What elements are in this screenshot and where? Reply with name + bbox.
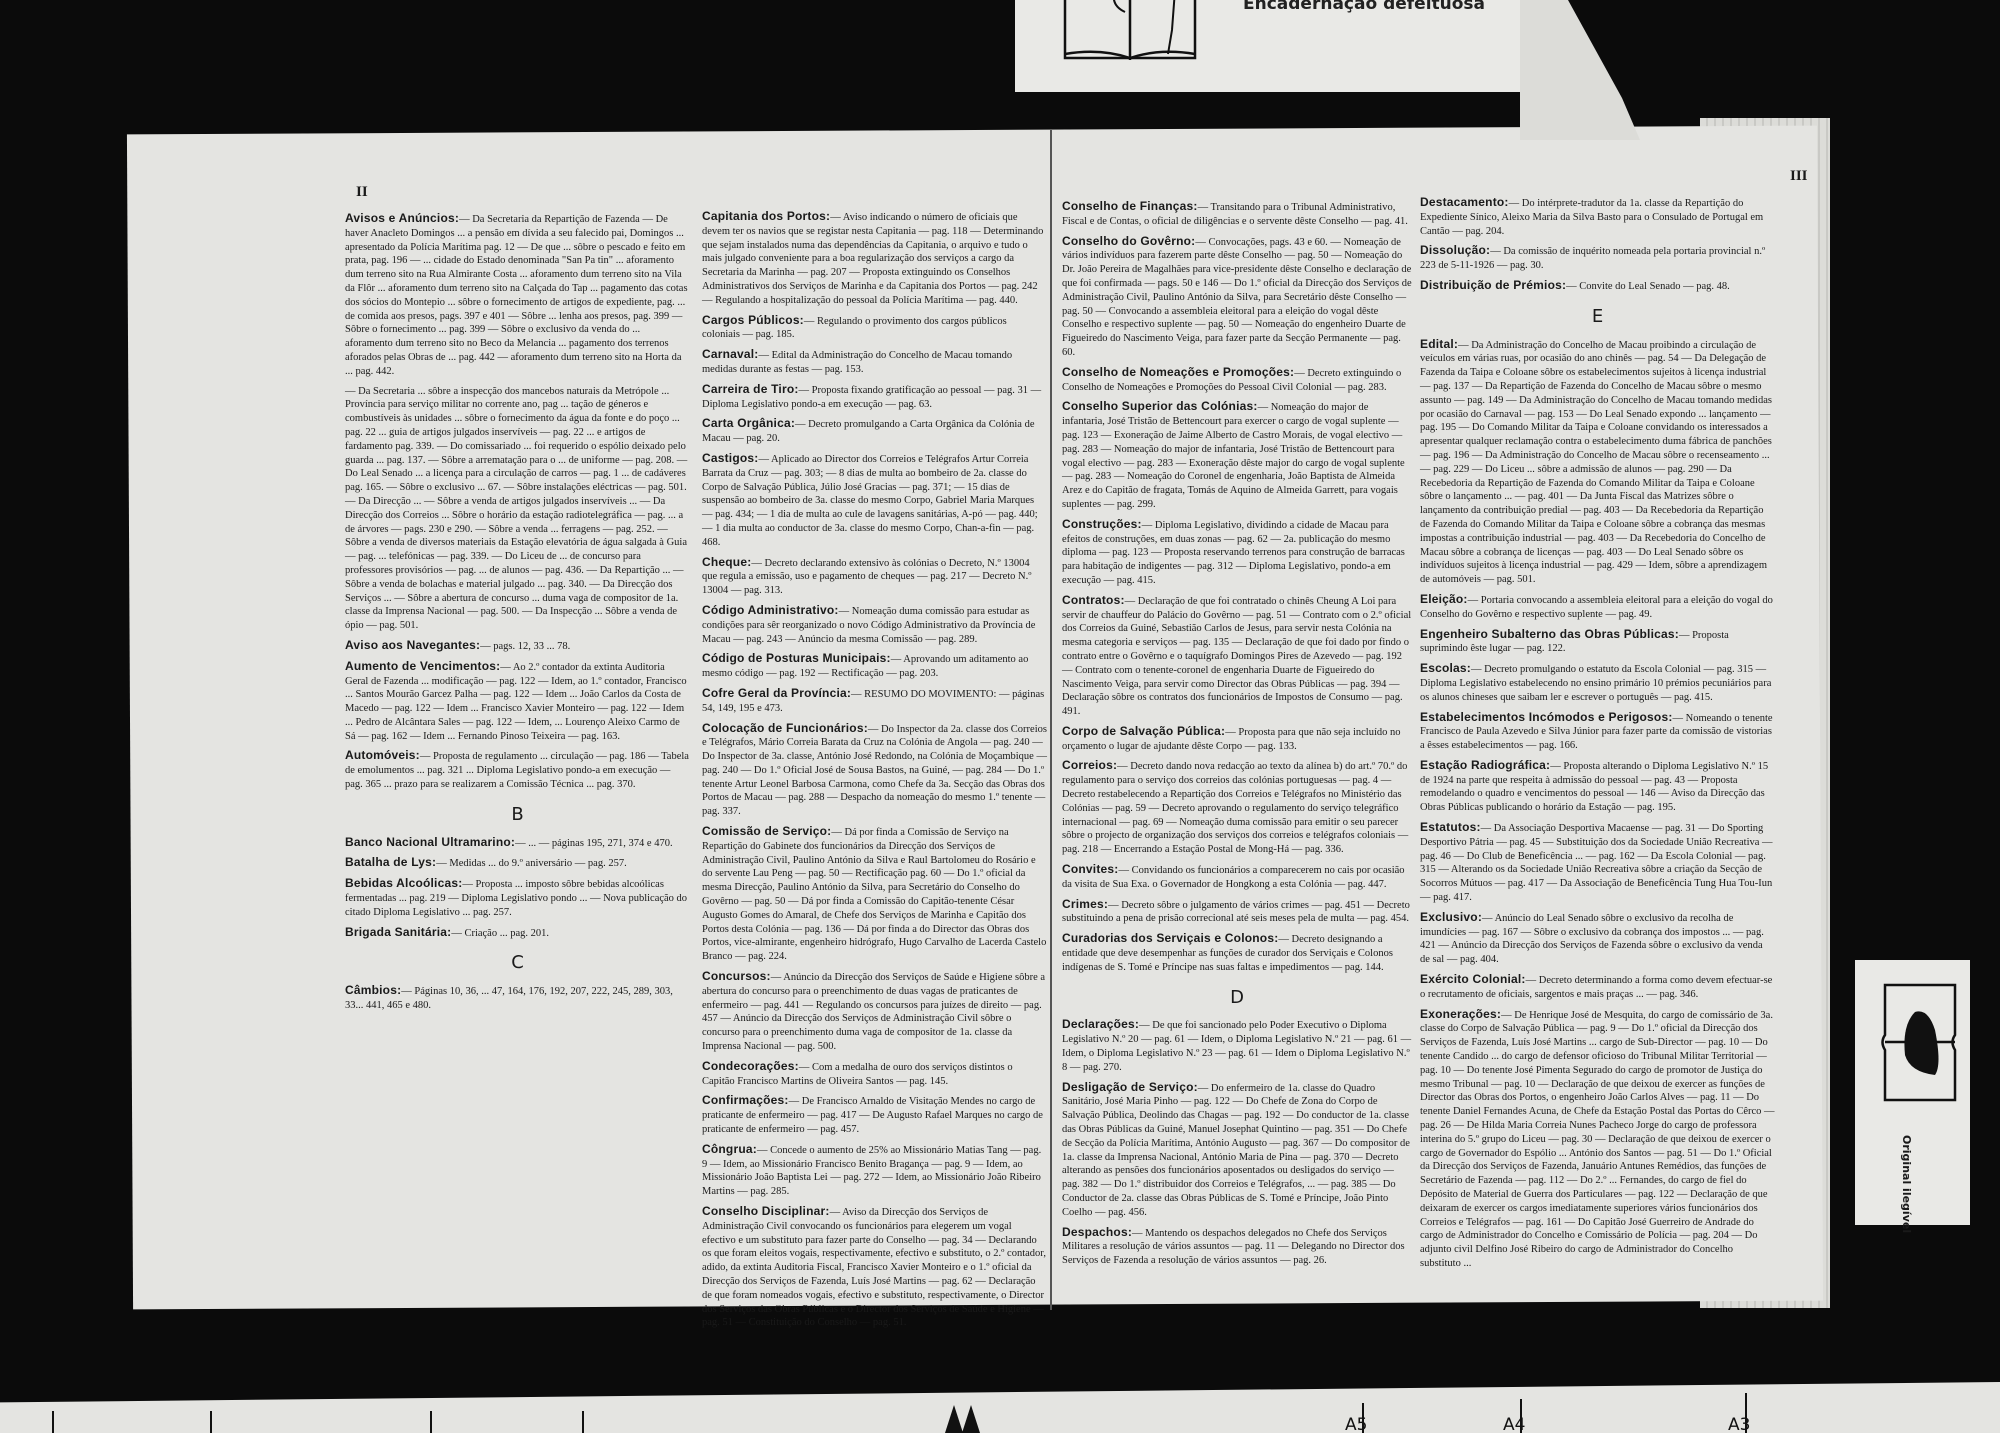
ruler-label-a3: A3 [1728,1415,1750,1433]
defective-binding-notice: Encadernação defeituosa [1015,0,1555,92]
entry-heading: Convites: [1062,862,1118,876]
entry-heading: Cheque: [702,555,751,569]
entry-heading: Concursos: [702,969,771,983]
scan-ruler: A5 A4 A3 [0,1382,2000,1433]
index-entry: Conselho Disciplinar:— Aviso da Direcção… [702,1205,1047,1330]
entry-heading: Eleição: [1420,592,1468,606]
entry-heading: Aumento de Vencimentos: [345,659,500,673]
entry-text: — Da Secretaria ... sôbre a inspecção do… [345,386,687,632]
ruler-tick [210,1411,212,1433]
index-entry: Distribuição de Prémios:— Convite do Lea… [1420,279,1775,294]
entry-heading: Conselho de Finanças: [1062,199,1198,213]
index-entry: Conselho de Nomeações e Promoções:— Decr… [1062,366,1412,395]
index-entry: Conselho de Finanças:— Transitando para … [1062,200,1412,229]
index-entry: Estatutos:— Da Associação Desportiva Mac… [1420,821,1775,905]
index-entry: Escolas:— Decreto promulgando o estatuto… [1420,662,1775,704]
index-entry: Desligação de Serviço:— Do enfermeiro de… [1062,1081,1412,1220]
entry-heading: Aviso aos Navegantes: [345,638,480,652]
section-letter: C [345,956,690,970]
index-entry: Carta Orgânica:— Decreto promulgando a C… [702,417,1047,446]
entry-heading: Distribuição de Prémios: [1420,278,1566,292]
index-entry: Bebidas Alcoólicas:— Proposta ... impost… [345,877,690,919]
entry-heading: Código de Posturas Municipais: [702,651,891,665]
entry-text: — De Henrique José de Mesquita, do cargo… [1420,1010,1775,1269]
entry-heading: Castigos: [702,451,758,465]
entry-text: — Decreto promulgando o estatuto da Esco… [1420,664,1771,703]
entry-heading: Exonerações: [1420,1007,1501,1021]
index-entry: Estação Radiográfica:— Proposta alterand… [1420,759,1775,815]
index-entry: Cheque:— Decreto declarando extensivo às… [702,556,1047,598]
entry-heading: Carta Orgânica: [702,416,795,430]
index-entry: Dissolução:— Da comissão de inquérito no… [1420,244,1775,273]
entry-heading: Automóveis: [345,748,420,762]
entry-heading: Crimes: [1062,897,1108,911]
entry-heading: Banco Nacional Ultramarino: [345,835,515,849]
entry-heading: Batalha de Lys: [345,855,436,869]
index-entry: Carnaval:— Edital da Administração do Co… [702,348,1047,377]
ruler-center-marker-icon [962,1405,980,1433]
illegible-original-notice: Original ilegível [1855,960,1970,1225]
entry-text: — Aviso indicando o número de oficiais q… [702,212,1043,306]
entry-text: — Convite do Leal Senado — pag. 48. [1566,281,1730,292]
entry-heading: Capitania dos Portos: [702,209,830,223]
entry-text: — Aviso da Direcção dos Serviços de Admi… [702,1207,1046,1328]
entry-text: — Medidas ... do 9.º aniversário — pag. … [436,858,626,869]
entry-heading: Exército Colonial: [1420,972,1526,986]
entry-heading: Câmbios: [345,983,401,997]
entry-heading: Cargos Públicos: [702,313,804,327]
index-entry: Construções:— Diploma Legislativo, divid… [1062,518,1412,588]
entry-heading: Código Administrativo: [702,603,839,617]
entry-text: — Decreto sôbre o julgamento de vários c… [1062,900,1410,925]
entry-heading: Colocação de Funcionários: [702,721,868,735]
damaged-book-icon [1880,980,1960,1105]
index-entry: Cofre Geral da Província:— RESUMO DO MOV… [702,687,1047,716]
ruler-tick [582,1411,584,1433]
index-entry: Declarações:— De que foi sancionado pelo… [1062,1018,1412,1074]
entry-text: — Portaria convocando a assembleia eleit… [1420,595,1773,620]
entry-heading: Destacamento: [1420,195,1509,209]
ruler-label-a4: A4 [1503,1415,1525,1433]
index-entry: Câmbios:— Páginas 10, 36, ... 47, 164, 1… [345,984,690,1013]
index-entry: Edital:— Da Administração do Concelho de… [1420,338,1775,587]
entry-heading: Condecorações: [702,1059,799,1073]
entry-heading: Cofre Geral da Província: [702,686,851,700]
defective-binding-label: Encadernação defeituosa [1243,0,1485,14]
ruler-center-marker-icon [945,1405,963,1433]
index-entry: Condecorações:— Com a medalha de ouro do… [702,1060,1047,1089]
entry-text: — Aplicado ao Director dos Correios e Te… [702,454,1038,548]
entry-text: — pags. 12, 33 ... 78. [480,641,570,652]
index-entry: Engenheiro Subalterno das Obras Públicas… [1420,628,1775,657]
index-entry: Cargos Públicos:— Regulando o provimento… [702,314,1047,343]
entry-heading: Curadorias dos Serviçais e Colonos: [1062,931,1278,945]
entry-heading: Bebidas Alcoólicas: [345,876,462,890]
entry-heading: Avisos e Anúncios: [345,211,459,225]
index-column-2: Capitania dos Portos:— Aviso indicando o… [702,210,1047,1336]
index-entry: Corpo de Salvação Pública:— Proposta par… [1062,725,1412,754]
index-entry: Confirmações:— De Francisco Arnaldo de V… [702,1094,1047,1136]
entry-text: — Dá por finda a Comissão de Serviço na … [702,827,1046,962]
entry-heading: Correios: [1062,758,1117,772]
entry-heading: Corpo de Salvação Pública: [1062,724,1225,738]
index-entry: Exonerações:— De Henrique José de Mesqui… [1420,1008,1775,1271]
entry-text: — Da Associação Desportiva Macaense — pa… [1420,823,1773,903]
open-book-icon [1060,0,1200,62]
entry-text: — Do Inspector da 2a. classe dos Correio… [702,724,1047,818]
entry-heading: Despachos: [1062,1225,1132,1239]
entry-heading: Estabelecimentos Incómodos e Perigosos: [1420,710,1673,724]
index-entry: Capitania dos Portos:— Aviso indicando o… [702,210,1047,308]
entry-heading: Brigada Sanitária: [345,925,451,939]
index-entry: Conselho do Govêrno:— Convocações, pags.… [1062,235,1412,360]
entry-heading: Construções: [1062,517,1142,531]
entry-heading: Estatutos: [1420,820,1481,834]
entry-text: — Anúncio da Direcção dos Serviços de Sa… [702,972,1045,1052]
section-letter: D [1062,991,1412,1005]
index-entry: Aumento de Vencimentos:— Ao 2.º contador… [345,660,690,744]
index-column-4: Destacamento:— Do intérprete-tradutor da… [1420,196,1775,1277]
entry-text: — Nomeação do major de infantaria, José … [1062,402,1405,510]
entry-text: — Criação ... pag. 201. [451,928,549,939]
index-entry: Convites:— Convidando os funcionários a … [1062,863,1412,892]
index-entry: Avisos e Anúncios:— Da Secretaria da Rep… [345,212,690,379]
entry-heading: Engenheiro Subalterno das Obras Públicas… [1420,627,1679,641]
page-gutter [1050,130,1052,1310]
index-entry: Código Administrativo:— Nomeação duma co… [702,604,1047,646]
index-entry: Despachos:— Mantendo os despachos delega… [1062,1226,1412,1268]
entry-text: — ... — páginas 195, 271, 374 e 470. [515,838,673,849]
index-entry: Automóveis:— Proposta de regulamento ...… [345,749,690,791]
entry-heading: Estação Radiográfica: [1420,758,1550,772]
ruler-tick [52,1411,54,1433]
index-column-3: Conselho de Finanças:— Transitando para … [1062,200,1412,1274]
entry-heading: Declarações: [1062,1017,1139,1031]
entry-heading: Confirmações: [702,1093,789,1107]
entry-heading: Carnaval: [702,347,759,361]
index-entry: Exército Colonial:— Decreto determinando… [1420,973,1775,1002]
entry-text: — Da Administração do Concelho de Macau … [1420,340,1772,586]
entry-heading: Conselho Superior das Colónias: [1062,399,1258,413]
ruler-label-a5: A5 [1345,1415,1367,1433]
index-entry: Batalha de Lys:— Medidas ... do 9.º aniv… [345,856,690,871]
index-entry: Exclusivo:— Anúncio do Leal Senado sôbre… [1420,911,1775,967]
entry-text: — Da Secretaria da Repartição de Fazenda… [345,214,688,377]
entry-heading: Exclusivo: [1420,910,1482,924]
entry-text: — Decreto declarando extensivo às colóni… [702,558,1032,597]
index-entry: Estabelecimentos Incómodos e Perigosos:—… [1420,711,1775,753]
entry-text: — Declaração de que foi contratado o chi… [1062,596,1411,717]
index-entry: Aviso aos Navegantes:— pags. 12, 33 ... … [345,639,690,654]
index-entry: Destacamento:— Do intérprete-tradutor da… [1420,196,1775,238]
torn-paper-corner [1520,0,1640,140]
index-entry: Contratos:— Declaração de que foi contra… [1062,594,1412,719]
entry-text: — Ao 2.º contador da extinta Auditoria G… [345,662,687,742]
entry-heading: Conselho do Govêrno: [1062,234,1195,248]
index-entry: — Da Secretaria ... sôbre a inspecção do… [345,385,690,633]
index-entry: Banco Nacional Ultramarino:— ... — págin… [345,836,690,851]
index-entry: Carreira de Tiro:— Proposta fixando grat… [702,383,1047,412]
index-entry: Correios:— Decreto dando nova redacção a… [1062,759,1412,857]
index-entry: Código de Posturas Municipais:— Aprovand… [702,652,1047,681]
entry-text: — Convocações, pags. 43 e 60. — Nomeação… [1062,237,1412,358]
entry-heading: Edital: [1420,337,1458,351]
index-column-1: Avisos e Anúncios:— Da Secretaria da Rep… [345,212,690,1019]
ruler-tick [430,1411,432,1433]
index-entry: Conselho Superior das Colónias:— Nomeaçã… [1062,400,1412,511]
entry-heading: Desligação de Serviço: [1062,1080,1198,1094]
index-entry: Eleição:— Portaria convocando a assemble… [1420,593,1775,622]
entry-heading: Conselho de Nomeações e Promoções: [1062,365,1294,379]
index-entry: Colocação de Funcionários:— Do Inspector… [702,722,1047,820]
entry-heading: Conselho Disciplinar: [702,1204,830,1218]
page-number-right: III [1790,168,1808,185]
index-entry: Crimes:— Decreto sôbre o julgamento de v… [1062,898,1412,927]
illegible-original-label: Original ilegível [1900,1135,1913,1233]
entry-text: — Decreto dando nova redacção ao texto d… [1062,761,1408,855]
index-entry: Côngrua:— Concede o aumento de 25% ao Mi… [702,1143,1047,1199]
entry-heading: Comissão de Serviço: [702,824,831,838]
index-entry: Concursos:— Anúncio da Direcção dos Serv… [702,970,1047,1054]
entry-heading: Côngrua: [702,1142,757,1156]
index-entry: Castigos:— Aplicado ao Director dos Corr… [702,452,1047,550]
section-letter: B [345,808,690,822]
page-number-left: II [356,184,368,201]
index-entry: Brigada Sanitária:— Criação ... pag. 201… [345,926,690,941]
index-entry: Curadorias dos Serviçais e Colonos:— Dec… [1062,932,1412,974]
entry-heading: Carreira de Tiro: [702,382,799,396]
entry-text: — Do enfermeiro de 1a. classe do Quadro … [1062,1083,1410,1218]
entry-heading: Contratos: [1062,593,1125,607]
section-letter: E [1420,310,1775,324]
entry-heading: Escolas: [1420,661,1471,675]
entry-heading: Dissolução: [1420,243,1490,257]
index-entry: Comissão de Serviço:— Dá por finda a Com… [702,825,1047,964]
